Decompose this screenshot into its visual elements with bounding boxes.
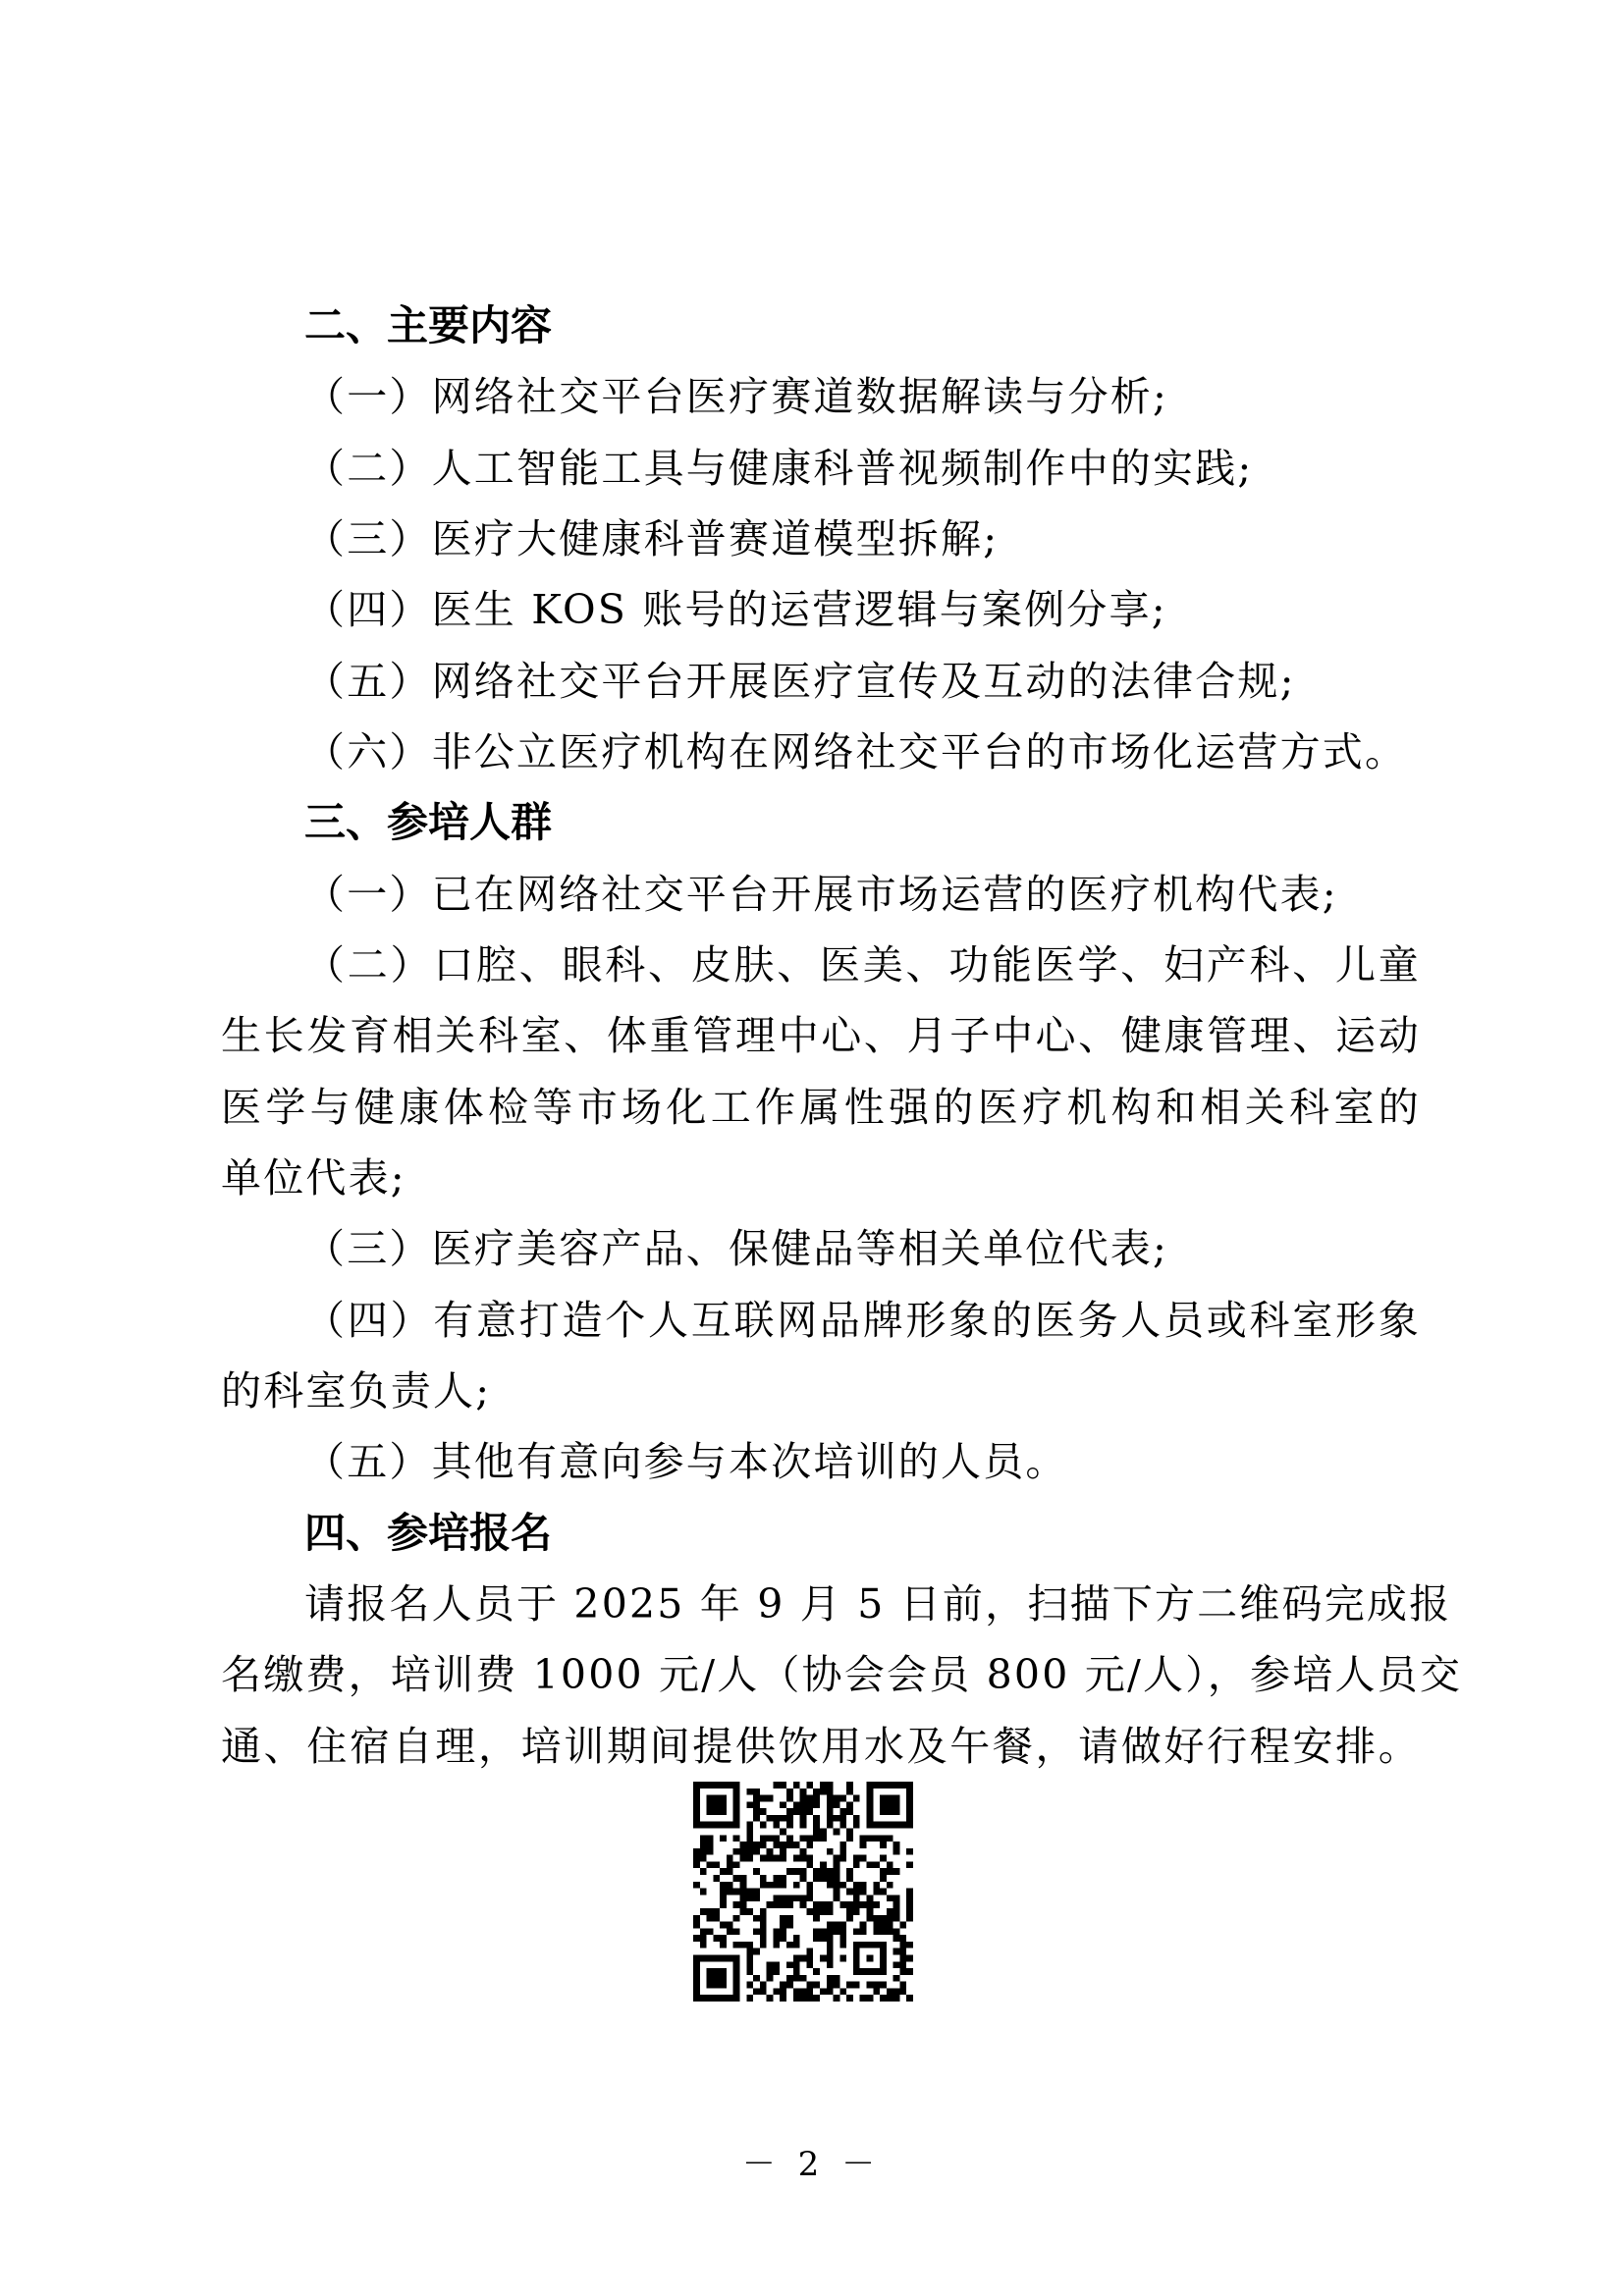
list-item-line: 生长发育相关科室、体重管理中心、月子中心、健康管理、运动 [221, 1000, 1421, 1071]
list-item: （五）其他有意向参与本次培训的人员。 [304, 1426, 1421, 1497]
list-item: （二）人工智能工具与健康科普视频制作中的实践; [304, 433, 1421, 504]
section-heading-registration: 四、参培报名 [304, 1498, 1421, 1569]
list-item: （一）已在网络社交平台开展市场运营的医疗机构代表; [304, 859, 1421, 930]
page-number: － 2 － [0, 2140, 1623, 2189]
list-item: （三）医疗大健康科普赛道模型拆解; [304, 504, 1421, 574]
list-item: （六）非公立医疗机构在网络社交平台的市场化运营方式。 [304, 717, 1421, 787]
paragraph-line: 请报名人员于 2025 年 9 月 5 日前，扫描下方二维码完成报 [304, 1569, 1421, 1639]
list-item: （三）医疗美容产品、保健品等相关单位代表; [304, 1213, 1421, 1284]
list-item-line: 医学与健康体检等市场化工作属性强的医疗机构和相关科室的 [221, 1072, 1421, 1143]
paragraph-line: 名缴费，培训费 1000 元/人（协会会员 800 元/人），参培人员交 [221, 1639, 1421, 1710]
list-item: （四）医生 KOS 账号的运营逻辑与案例分享; [304, 574, 1421, 645]
list-item: （五）网络社交平台开展医疗宣传及互动的法律合规; [304, 646, 1421, 717]
paragraph-line: 通、住宿自理，培训期间提供饮用水及午餐，请做好行程安排。 [221, 1711, 1421, 1782]
list-item-line: （二）口腔、眼科、皮肤、医美、功能医学、妇产科、儿童 [304, 930, 1421, 1000]
document-page: 二、主要内容 （一）网络社交平台医疗赛道数据解读与分析; （二）人工智能工具与健… [0, 0, 1623, 2296]
list-item-line: 单位代表; [221, 1143, 1421, 1213]
section-heading-main-content: 二、主要内容 [304, 291, 1421, 361]
list-item-line: （四）有意打造个人互联网品牌形象的医务人员或科室形象 [304, 1285, 1421, 1356]
list-item: （一）网络社交平台医疗赛道数据解读与分析; [304, 361, 1421, 432]
qr-code-icon[interactable] [693, 1782, 913, 2002]
list-item-line: 的科室负责人; [221, 1356, 1421, 1426]
section-heading-participants: 三、参培人群 [304, 787, 1421, 858]
